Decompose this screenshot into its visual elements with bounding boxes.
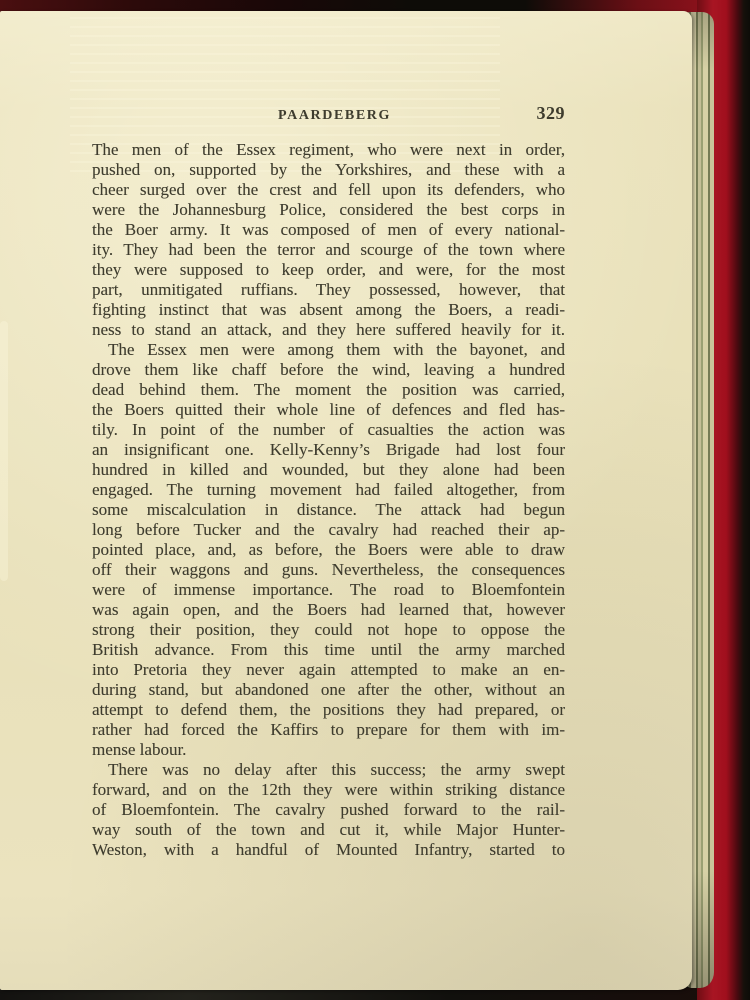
text-line: attempt to defend them, the positions th… <box>92 700 565 720</box>
text-line: forward, and on the 12th they were withi… <box>92 780 565 800</box>
text-line: drove them like chaff before the wind, l… <box>92 360 565 380</box>
text-line: There was no delay after this success; t… <box>92 760 565 780</box>
text-line: the Boers quitted their whole line of de… <box>92 400 565 420</box>
book-photo: PAARDEBERG 329 The men of the Essex regi… <box>0 0 750 1000</box>
text-line: an insignificant one. Kelly-Kenny’s Brig… <box>92 440 565 460</box>
text-line: rather had forced the Kaffirs to prepare… <box>92 720 565 740</box>
text-line: British advance. From this time until th… <box>92 640 565 660</box>
text-line: into Pretoria they never again attempted… <box>92 660 565 680</box>
text-block: The men of the Essex regiment, who were … <box>92 140 565 860</box>
text-line: of Bloemfontein. The cavalry pushed forw… <box>92 800 565 820</box>
text-line: they were supposed to keep order, and we… <box>92 260 565 280</box>
paragraph: There was no delay after this success; t… <box>92 760 565 860</box>
text-line: off their waggons and guns. Nevertheless… <box>92 560 565 580</box>
text-line: pushed on, supported by the Yorkshires, … <box>92 160 565 180</box>
text-line: Weston, with a handful of Mounted Infant… <box>92 840 565 860</box>
text-line: tily. In point of the number of casualti… <box>92 420 565 440</box>
page-number: 329 <box>537 103 566 124</box>
text-line: was again open, and the Boers had learne… <box>92 600 565 620</box>
text-line: part, unmitigated ruffians. They possess… <box>92 280 565 300</box>
text-line: the Boer army. It was composed of men of… <box>92 220 565 240</box>
paragraph: The men of the Essex regiment, who were … <box>92 140 565 340</box>
text-line: mense labour. <box>92 740 565 760</box>
text-line: were of immense importance. The road to … <box>92 580 565 600</box>
running-title: PAARDEBERG <box>98 108 571 124</box>
text-line: The Essex men were among them with the b… <box>92 340 565 360</box>
text-line: way south of the town and cut it, while … <box>92 820 565 840</box>
text-line: ity. They had been the terror and scourg… <box>92 240 565 260</box>
text-line: some miscalculation in distance. The att… <box>92 500 565 520</box>
text-line: were the Johannesburg Police, considered… <box>92 200 565 220</box>
book-page: PAARDEBERG 329 The men of the Essex regi… <box>0 11 692 990</box>
text-line: engaged. The turning movement had failed… <box>92 480 565 500</box>
text-line: strong their position, they could not ho… <box>92 620 565 640</box>
text-line: long before Tucker and the cavalry had r… <box>92 520 565 540</box>
text-line: The men of the Essex regiment, who were … <box>92 140 565 160</box>
text-line: pointed place, and, as before, the Boers… <box>92 540 565 560</box>
text-line: ness to stand an attack, and they here s… <box>92 320 565 340</box>
text-line: fighting instinct that was absent among … <box>92 300 565 320</box>
text-line: cheer surged over the crest and fell upo… <box>92 180 565 200</box>
text-line: during stand, but abandoned one after th… <box>92 680 565 700</box>
text-line: hundred in killed and wounded, but they … <box>92 460 565 480</box>
text-line: dead behind them. The moment the positio… <box>92 380 565 400</box>
paragraph: The Essex men were among them with the b… <box>92 340 565 760</box>
page-header: PAARDEBERG 329 <box>92 103 565 131</box>
